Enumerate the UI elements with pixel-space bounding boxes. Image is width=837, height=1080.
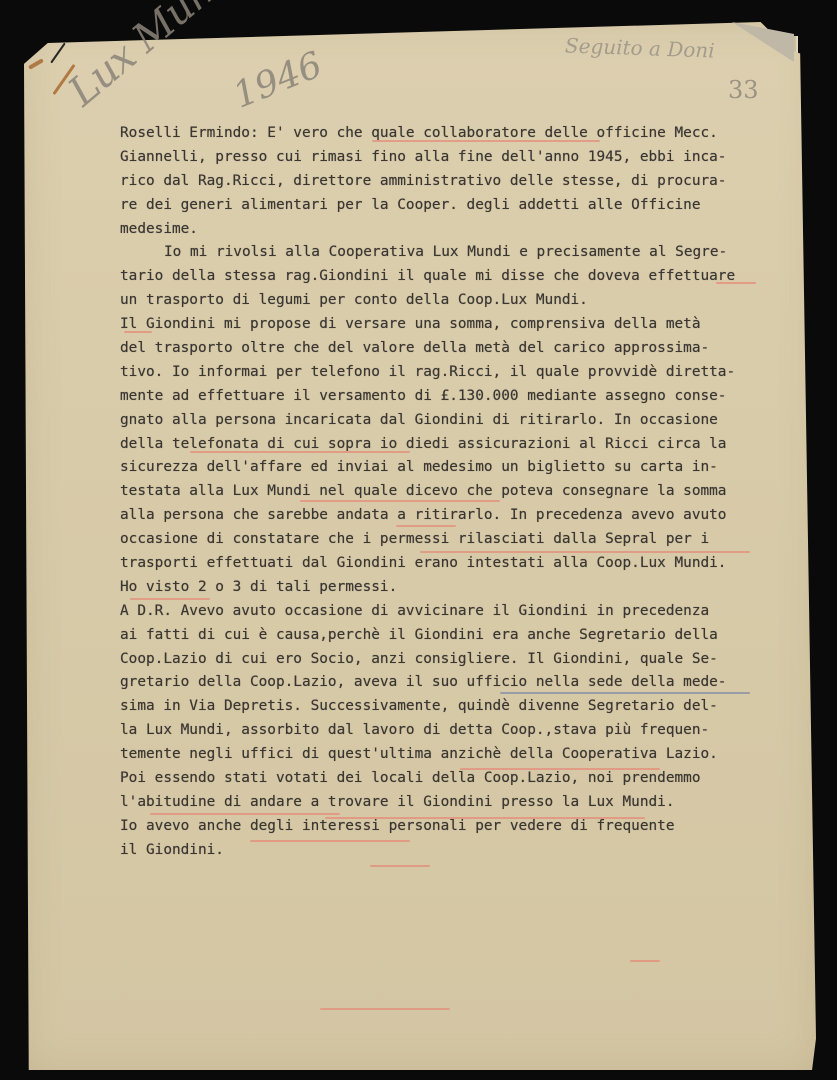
- text-line: Poi essendo stati votati dei locali dell…: [120, 767, 780, 791]
- text-line: Coop.Lazio di cui ero Socio, anzi consig…: [120, 648, 780, 672]
- text-line: tivo. Io informai per telefono il rag.Ri…: [120, 361, 780, 385]
- text-line: Giannelli, presso cui rimasi fino alla f…: [120, 146, 780, 170]
- text-line: gnato alla persona incaricata dal Giondi…: [120, 409, 780, 433]
- text-line: sicurezza dell'affare ed inviai al medes…: [120, 456, 780, 480]
- red-underline: [716, 282, 756, 284]
- text-line: un trasporto di legumi per conto della C…: [120, 289, 780, 313]
- red-underline: [250, 840, 410, 842]
- red-underline: [190, 451, 410, 453]
- scanned-document-scene: Lux Mundi 1946 Seguito a Doni 33 Roselli…: [0, 0, 837, 1080]
- text-line: tario della stessa rag.Giondini il quale…: [120, 265, 780, 289]
- blue-underline: [500, 692, 750, 694]
- red-underline: [460, 768, 660, 770]
- red-underline: [150, 813, 340, 815]
- text-line: mente ad effettuare il versamento di £.1…: [120, 385, 780, 409]
- text-line: trasporti effettuati dal Giondini erano …: [120, 552, 780, 576]
- text-line: occasione di constatare che i permessi r…: [120, 528, 780, 552]
- red-underline: [396, 525, 456, 527]
- page-number: 33: [728, 76, 759, 104]
- text-line: medesime.: [120, 218, 780, 242]
- text-line: l'abitudine di andare a trovare il Giond…: [120, 791, 780, 815]
- red-underline: [320, 1008, 450, 1010]
- red-underline: [325, 817, 645, 819]
- red-underline: [372, 140, 600, 142]
- red-underline: [370, 865, 430, 867]
- text-line: il Giondini.: [120, 839, 780, 863]
- text-line: la Lux Mundi, assorbito dal lavoro di de…: [120, 719, 780, 743]
- red-underline: [130, 598, 210, 600]
- typewritten-body: Roselli Ermindo: E' vero che quale colla…: [120, 122, 780, 863]
- text-line: rico dal Rag.Ricci, direttore amministra…: [120, 170, 780, 194]
- text-line: Roselli Ermindo: E' vero che quale colla…: [120, 122, 780, 146]
- red-underline: [124, 331, 152, 333]
- text-line: ai fatti di cui è causa,perchè il Giondi…: [120, 624, 780, 648]
- text-line: Io mi rivolsi alla Cooperativa Lux Mundi…: [120, 241, 780, 265]
- red-underline: [630, 960, 660, 962]
- text-line: sima in Via Depretis. Successivamente, q…: [120, 695, 780, 719]
- text-line: Il Giondini mi propose di versare una so…: [120, 313, 780, 337]
- text-line: re dei generi alimentari per la Cooper. …: [120, 194, 780, 218]
- text-line: Ho visto 2 o 3 di tali permessi.: [120, 576, 780, 600]
- text-line: A D.R. Avevo avuto occasione di avvicina…: [120, 600, 780, 624]
- red-underline: [300, 500, 500, 502]
- text-line: del trasporto oltre che del valore della…: [120, 337, 780, 361]
- text-line: temente negli uffici di quest'ultima anz…: [120, 743, 780, 767]
- red-underline: [420, 551, 750, 553]
